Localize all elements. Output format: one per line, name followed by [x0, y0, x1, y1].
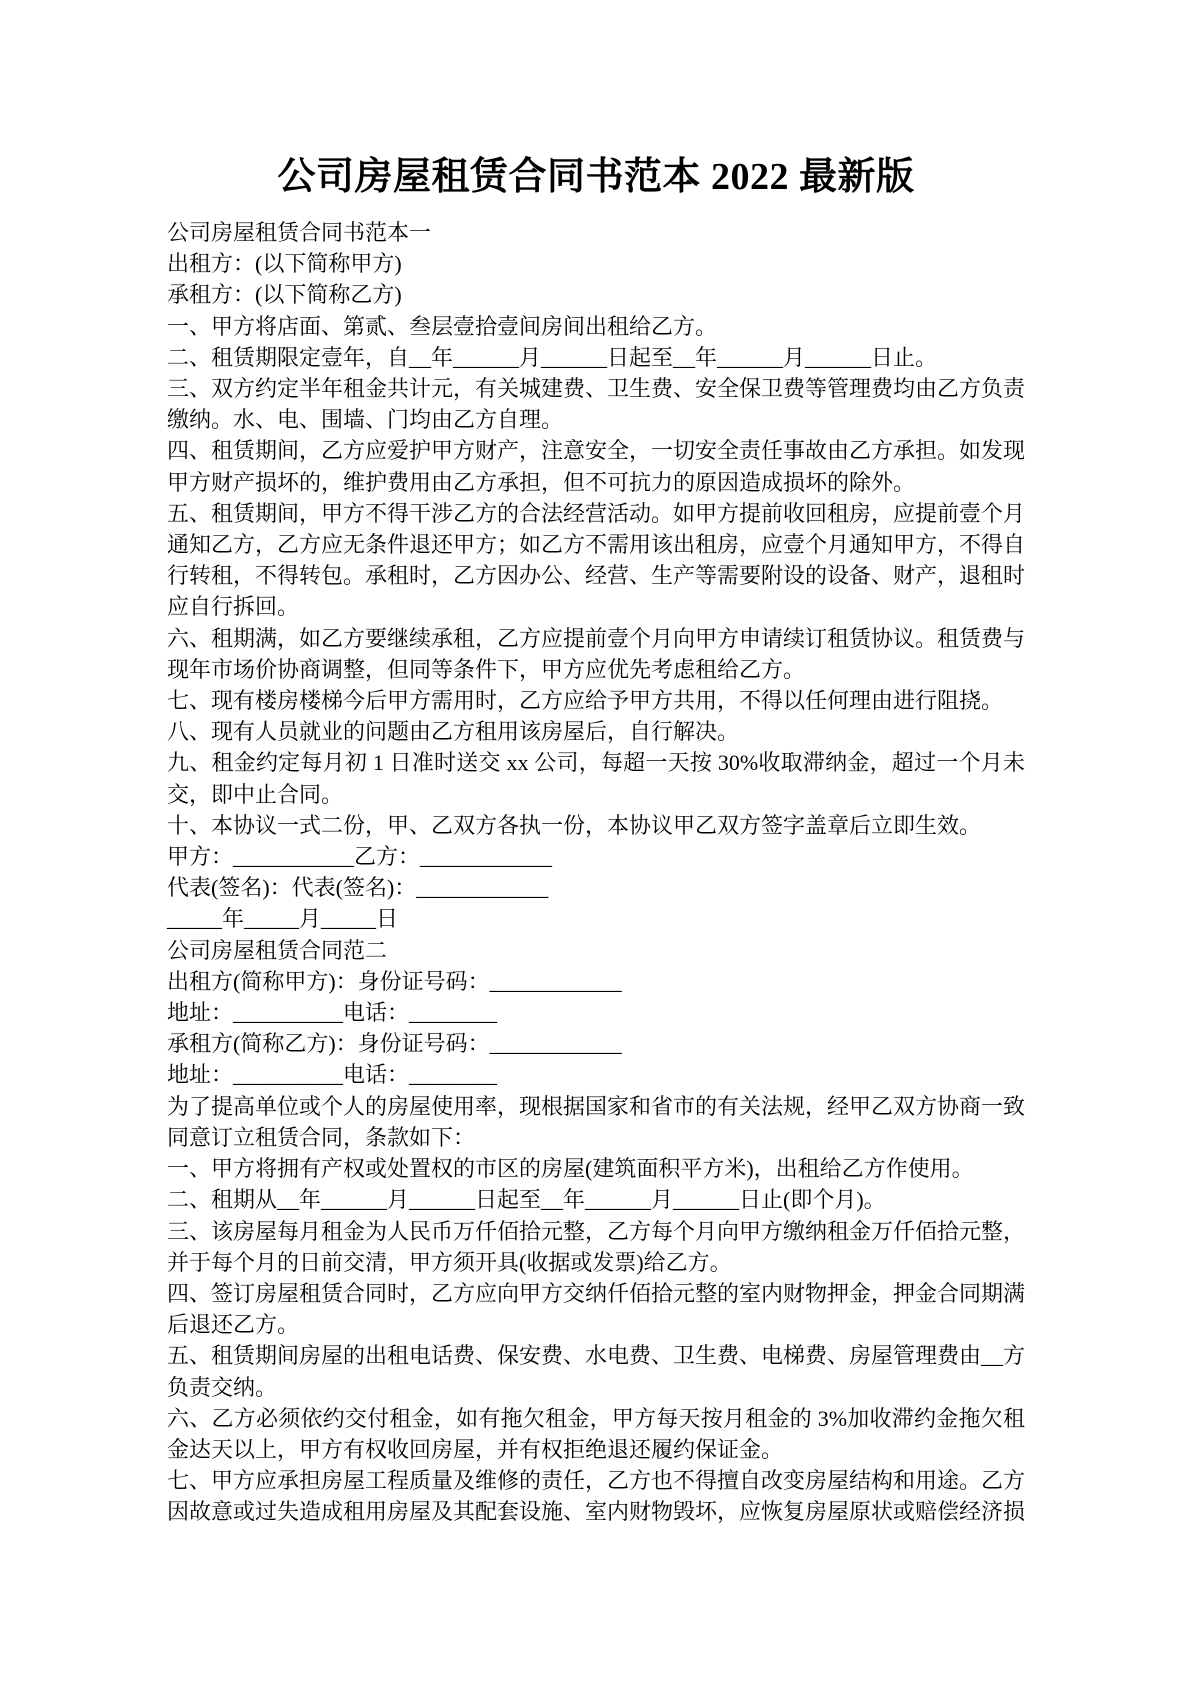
contract-paragraph: 地址：__________电话：________ — [167, 997, 1025, 1028]
document-page: 公司房屋租赁合同书范本 2022 最新版 公司房屋租赁合同书范本一出租方：(以下… — [0, 0, 1190, 1683]
contract-body: 公司房屋租赁合同书范本一出租方：(以下简称甲方)承租方：(以下简称乙方)一、甲方… — [167, 217, 1025, 1528]
contract-paragraph: 二、租赁期限定壹年，自__年______月______日起至__年______月… — [167, 342, 1025, 373]
contract-paragraph: 五、租赁期间房屋的出租电话费、保安费、水电费、卫生费、电梯费、房屋管理费由__方… — [167, 1340, 1025, 1402]
contract-paragraph: 七、现有楼房楼梯今后甲方需用时，乙方应给予甲方共用，不得以任何理由进行阻挠。 — [167, 685, 1025, 716]
document-content: 公司房屋租赁合同书范本 2022 最新版 公司房屋租赁合同书范本一出租方：(以下… — [167, 150, 1025, 1528]
contract-paragraph: 承租方：(以下简称乙方) — [167, 279, 1025, 310]
document-title: 公司房屋租赁合同书范本 2022 最新版 — [167, 150, 1025, 204]
contract-paragraph: 八、现有人员就业的问题由乙方租用该房屋后，自行解决。 — [167, 716, 1025, 747]
contract-paragraph: 公司房屋租赁合同书范本一 — [167, 217, 1025, 248]
contract-paragraph: 十、本协议一式二份，甲、乙双方各执一份，本协议甲乙双方签字盖章后立即生效。 — [167, 810, 1025, 841]
contract-paragraph: 承租方(简称乙方)：身份证号码：____________ — [167, 1028, 1025, 1059]
contract-paragraph: 出租方：(以下简称甲方) — [167, 248, 1025, 279]
contract-paragraph: _____年_____月_____日 — [167, 903, 1025, 934]
contract-paragraph: 出租方(简称甲方)：身份证号码：____________ — [167, 966, 1025, 997]
contract-paragraph: 七、甲方应承担房屋工程质量及维修的责任，乙方也不得擅自改变房屋结构和用途。乙方因… — [167, 1465, 1025, 1527]
contract-paragraph: 二、租期从__年______月______日起至__年______月______… — [167, 1184, 1025, 1215]
contract-paragraph: 公司房屋租赁合同范二 — [167, 935, 1025, 966]
contract-paragraph: 四、租赁期间，乙方应爱护甲方财产，注意安全，一切安全责任事故由乙方承担。如发现甲… — [167, 435, 1025, 497]
contract-paragraph: 代表(签名)：代表(签名)：____________ — [167, 872, 1025, 903]
contract-paragraph: 六、租期满，如乙方要继续承租，乙方应提前壹个月向甲方申请续订租赁协议。租赁费与现… — [167, 623, 1025, 685]
contract-paragraph: 三、该房屋每月租金为人民币万仟佰拾元整，乙方每个月向甲方缴纳租金万仟佰拾元整，并… — [167, 1216, 1025, 1278]
contract-paragraph: 甲方：___________乙方：____________ — [167, 841, 1025, 872]
contract-paragraph: 一、甲方将拥有产权或处置权的市区的房屋(建筑面积平方米)，出租给乙方作使用。 — [167, 1153, 1025, 1184]
contract-paragraph: 三、双方约定半年租金共计元，有关城建费、卫生费、安全保卫费等管理费均由乙方负责缴… — [167, 373, 1025, 435]
contract-paragraph: 五、租赁期间，甲方不得干涉乙方的合法经营活动。如甲方提前收回租房，应提前壹个月通… — [167, 498, 1025, 623]
contract-paragraph: 四、签订房屋租赁合同时，乙方应向甲方交纳仟佰拾元整的室内财物押金，押金合同期满后… — [167, 1278, 1025, 1340]
contract-paragraph: 一、甲方将店面、第贰、叁层壹拾壹间房间出租给乙方。 — [167, 311, 1025, 342]
contract-paragraph: 六、乙方必须依约交付租金，如有拖欠租金，甲方每天按月租金的 3%加收滞约金拖欠租… — [167, 1403, 1025, 1465]
contract-paragraph: 为了提高单位或个人的房屋使用率，现根据国家和省市的有关法规，经甲乙双方协商一致同… — [167, 1091, 1025, 1153]
contract-paragraph: 九、租金约定每月初 1 日准时送交 xx 公司，每超一天按 30%收取滞纳金，超… — [167, 747, 1025, 809]
contract-paragraph: 地址：__________电话：________ — [167, 1059, 1025, 1090]
